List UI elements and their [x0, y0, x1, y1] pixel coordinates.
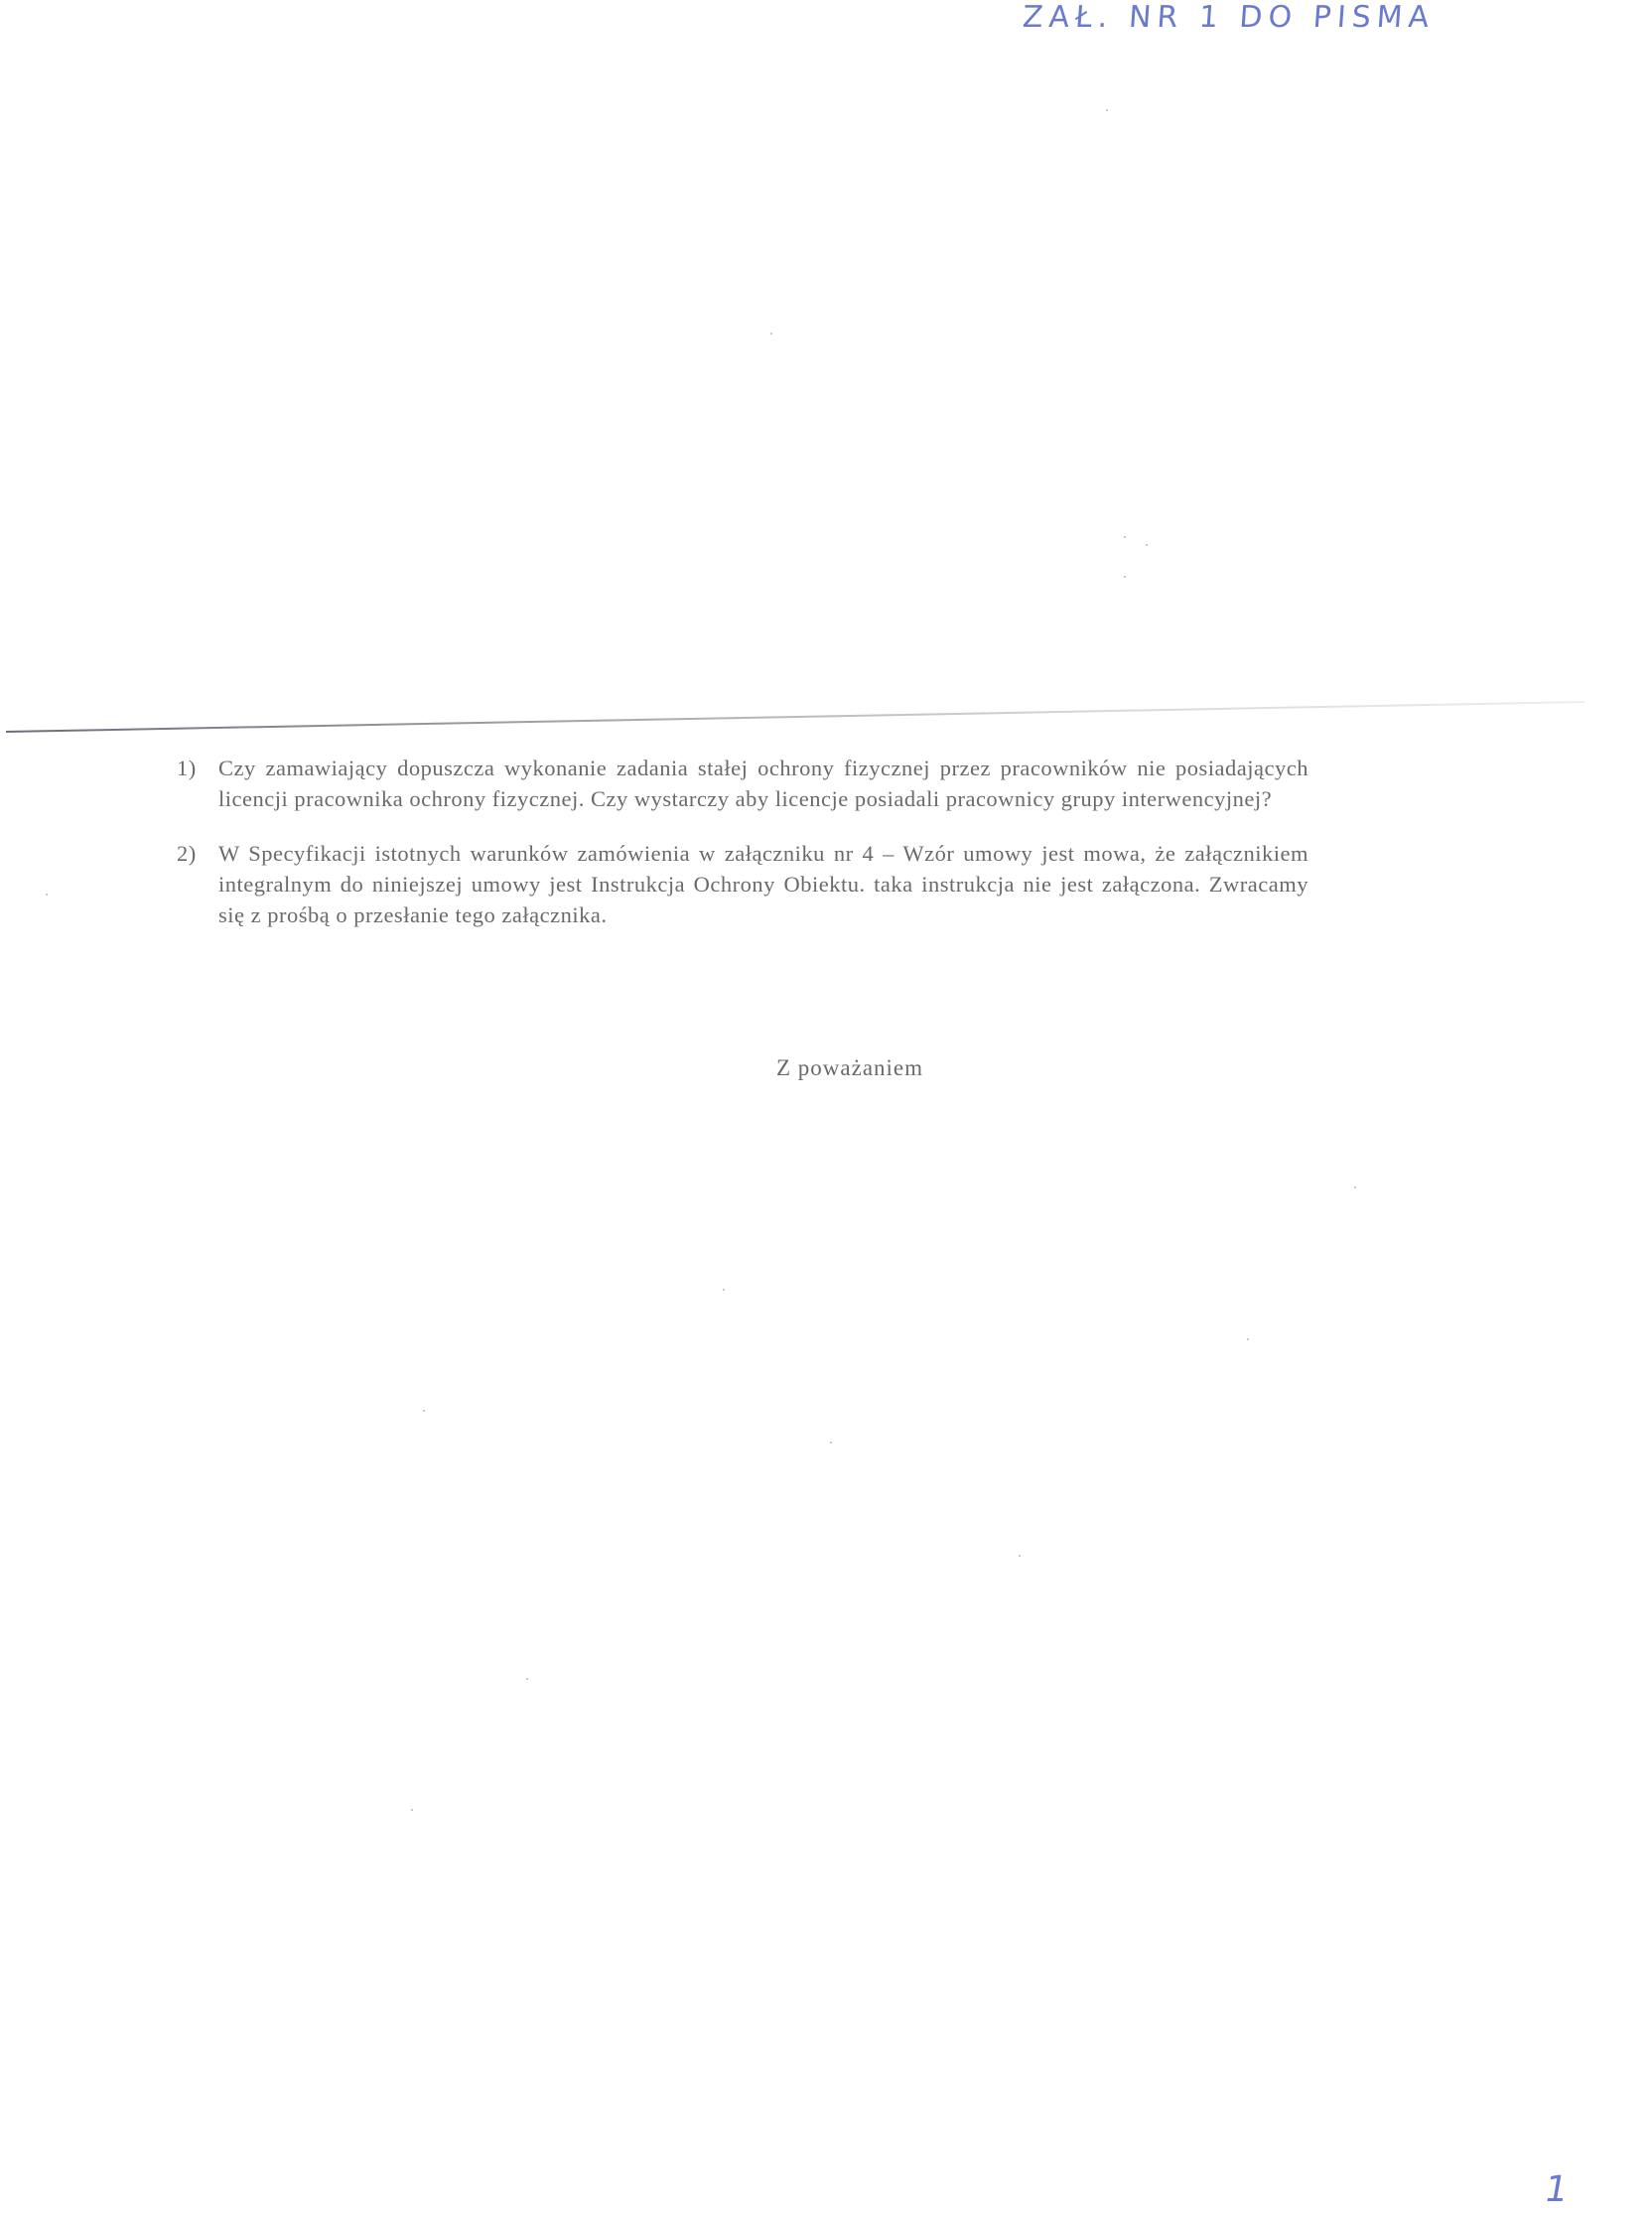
scan-speck — [770, 333, 772, 335]
handwritten-attachment-note: ZAŁ. NR 1 DO PISMA — [1022, 0, 1437, 35]
scan-speck — [1124, 576, 1126, 578]
scan-speck — [423, 1410, 425, 1412]
question-item: 1) Czy zamawiający dopuszcza wykonanie z… — [177, 753, 1308, 814]
scan-speck — [1354, 1186, 1356, 1188]
closing-salutation: Z poważaniem — [776, 1055, 923, 1081]
questions-list: 1) Czy zamawiający dopuszcza wykonanie z… — [177, 753, 1308, 954]
scan-speck — [1124, 536, 1126, 538]
scan-speck — [526, 1678, 528, 1680]
question-number: 2) — [177, 838, 218, 930]
question-text: Czy zamawiający dopuszcza wykonanie zada… — [218, 753, 1308, 814]
scan-speck — [1247, 1338, 1249, 1340]
question-item: 2) W Specyfikacji istotnych warunków zam… — [177, 838, 1308, 930]
scan-speck — [1106, 109, 1108, 111]
scan-speck — [1019, 1555, 1021, 1557]
scan-speck — [723, 1289, 725, 1291]
scan-speck — [1146, 544, 1148, 546]
scan-speck — [411, 1809, 413, 1811]
handwritten-page-number: 1 — [1541, 2169, 1577, 2210]
scan-speck — [46, 894, 48, 896]
question-text: W Specyfikacji istotnych warunków zamówi… — [218, 838, 1308, 930]
question-number: 1) — [177, 753, 218, 814]
divider-line — [6, 701, 1584, 733]
scan-speck — [830, 1442, 832, 1444]
